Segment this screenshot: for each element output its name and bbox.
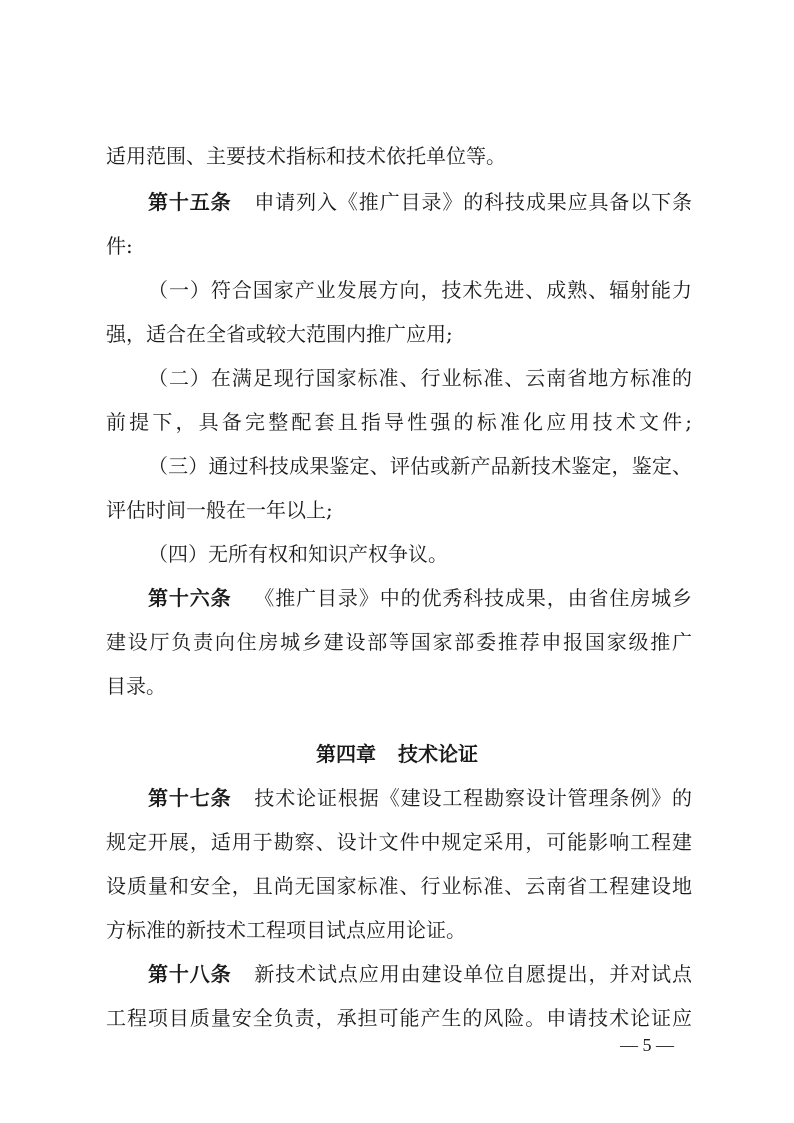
article-text: 申请列入《推广目录》的科技成果应具备以下条: [254, 190, 692, 214]
list-item-line: （三）通过科技成果鉴定、评估或新产品新技术鉴定，鉴定、: [148, 453, 692, 479]
paragraph-line: 规定开展，适用于勘察、设计文件中规定采用，可能影响工程建: [106, 829, 692, 855]
paragraph-line: 建设厅负责向住房城乡建设部等国家部委推荐申报国家级推广: [106, 629, 692, 655]
paragraph-line: 方标准的新技术工程项目试点应用论证。: [106, 917, 692, 943]
chapter-title: 技术论证: [398, 741, 478, 767]
page-number: — 5 —: [620, 1033, 674, 1057]
list-item-line: （二）在满足现行国家标准、行业标准、云南省地方标准的: [148, 365, 692, 391]
list-item-line: （一）符合国家产业发展方向，技术先进、成熟、辐射能力: [148, 277, 692, 303]
article-17-line: 第十七条技术论证根据《建设工程勘察设计管理条例》的: [148, 785, 692, 811]
article-heading: 第十七条: [148, 786, 232, 810]
paragraph-line: 前提下，具备完整配套且指导性强的标准化应用技术文件;: [106, 409, 692, 435]
paragraph-line: 评估时间一般在一年以上;: [106, 497, 692, 523]
chapter-number: 第四章: [316, 741, 376, 767]
paragraph-line: 设质量和安全，且尚无国家标准、行业标准、云南省工程建设地: [106, 873, 692, 899]
paragraph-line: 件:: [106, 233, 692, 259]
paragraph-line: 适用范围、主要技术指标和技术依托单位等。: [106, 143, 692, 169]
article-text: 新技术试点应用由建设单位自愿提出，并对试点: [254, 962, 692, 986]
article-15-line: 第十五条申请列入《推广目录》的科技成果应具备以下条: [148, 189, 692, 215]
paragraph-line: 强，适合在全省或较大范围内推广应用;: [106, 321, 692, 347]
article-heading: 第十八条: [148, 962, 232, 986]
paragraph-line: 目录。: [106, 673, 692, 699]
article-18-line: 第十八条新技术试点应用由建设单位自愿提出，并对试点: [148, 961, 692, 987]
article-text: 技术论证根据《建设工程勘察设计管理条例》的: [254, 786, 692, 810]
chapter-heading: 第四章技术论证: [0, 741, 794, 767]
article-heading: 第十五条: [148, 190, 232, 214]
article-text: 《推广目录》中的优秀科技成果，由省住房城乡: [254, 586, 692, 610]
paragraph-line: 工程项目质量安全负责，承担可能产生的风险。申请技术论证应: [106, 1005, 692, 1031]
article-heading: 第十六条: [148, 586, 232, 610]
article-16-line: 第十六条《推广目录》中的优秀科技成果，由省住房城乡: [148, 585, 692, 611]
list-item-line: （四）无所有权和知识产权争议。: [148, 541, 692, 567]
